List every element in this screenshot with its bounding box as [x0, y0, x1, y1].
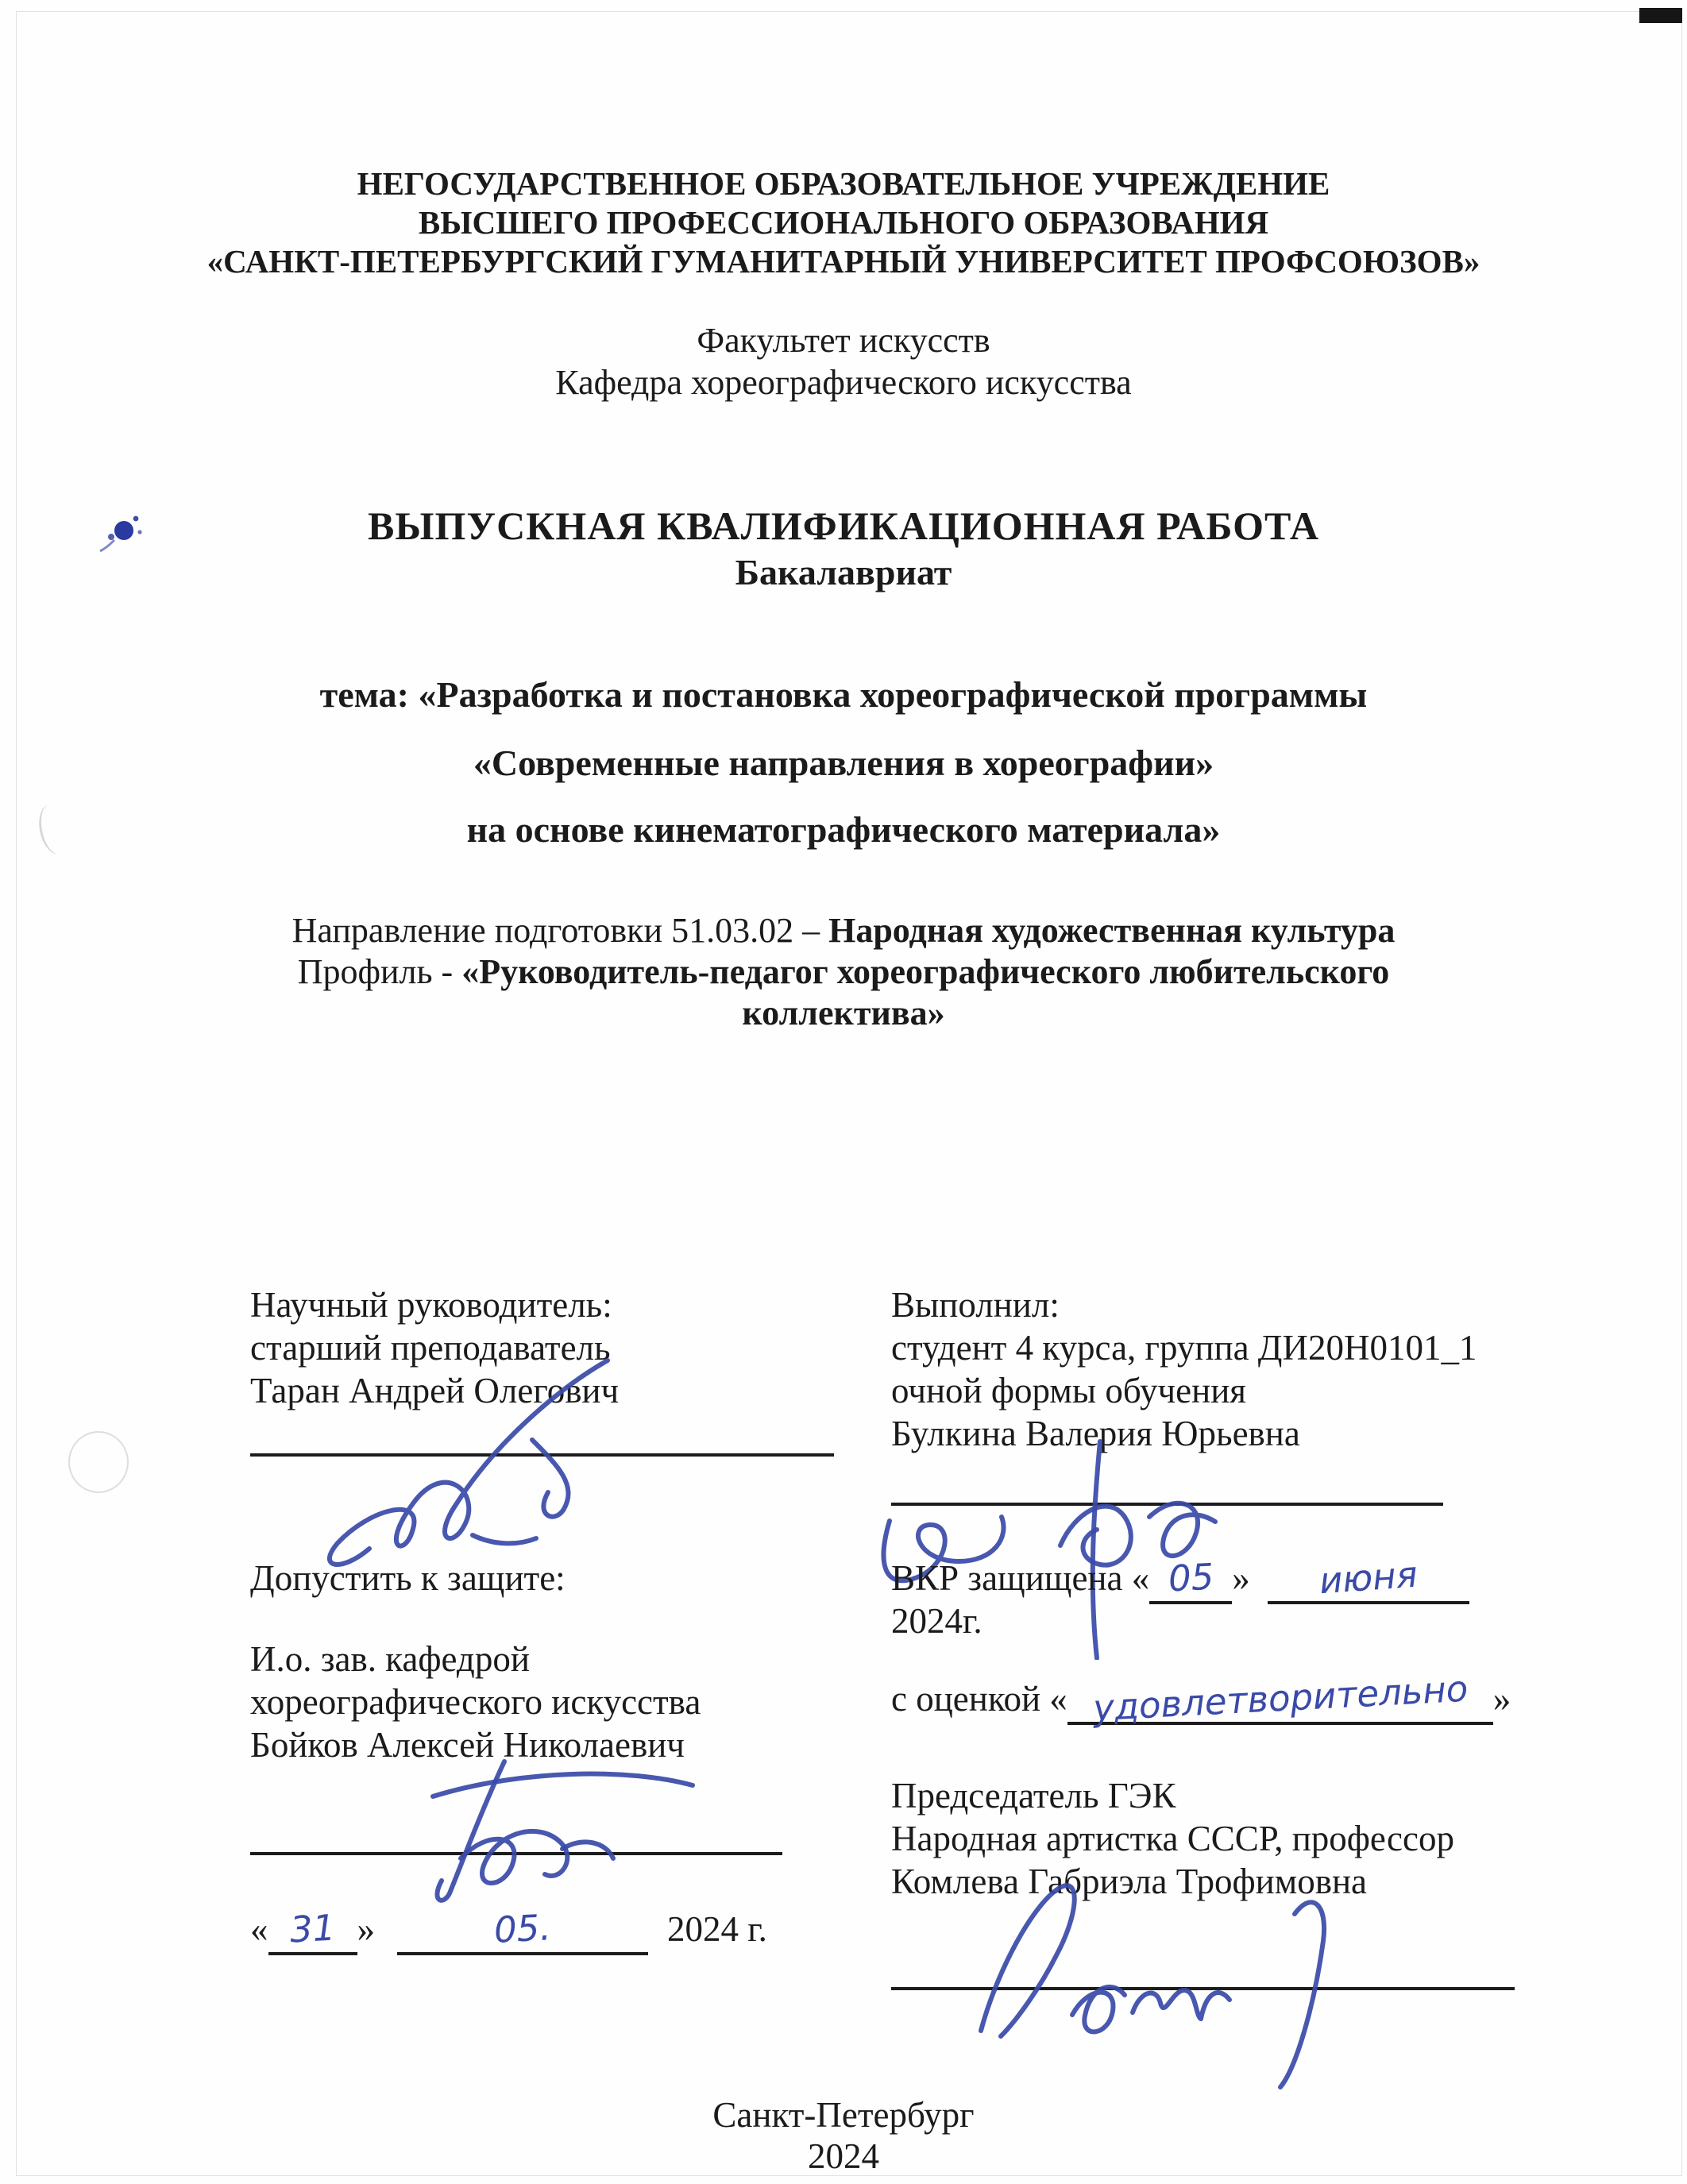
institution-name-line1: НЕГОСУДАРСТВЕННОЕ ОБРАЗОВАТЕЛЬНОЕ УЧРЕЖД… — [0, 164, 1687, 203]
author-heading: Выполнил: — [891, 1283, 1477, 1326]
committee-heading: Председатель ГЭК — [891, 1774, 1454, 1817]
grade-row: с оценкой «удовлетворительно» — [891, 1677, 1511, 1725]
grade-handwritten: удовлетворительно — [1091, 1668, 1469, 1731]
faculty-name: Факультет искусств — [0, 319, 1687, 361]
profile-line: Профиль - «Руководитель-педагог хореогра… — [0, 951, 1687, 992]
admission-date-row: «31» 05. 2024 г. — [250, 1908, 767, 1955]
hole-punch-mark — [68, 1431, 129, 1493]
author-signature-line — [891, 1503, 1443, 1506]
head-position-line1: И.о. зав. кафедрой — [250, 1638, 701, 1680]
committee-title: Народная артистка СССР, профессор — [891, 1817, 1454, 1860]
admission-year: 2024 г. — [667, 1908, 767, 1951]
admission-month-field: 05. — [397, 1908, 648, 1955]
admission-month-handwritten: 05. — [493, 1906, 552, 1952]
author-course-line: студент 4 курса, группа ДИ20Н0101_1 — [891, 1326, 1477, 1369]
committee-name: Комлева Габриэла Трофимовна — [891, 1860, 1454, 1903]
admission-day-field: 31 — [268, 1908, 357, 1955]
work-type-title: ВЫПУСКНАЯ КВАЛИФИКАЦИОННАЯ РАБОТА — [0, 503, 1687, 549]
defense-day-handwritten: 05 — [1167, 1556, 1214, 1601]
footer-year: 2024 — [0, 2135, 1687, 2178]
institution-name-line3: «САНКТ-ПЕТЕРБУРГСКИЙ ГУМАНИТАРНЫЙ УНИВЕР… — [0, 242, 1687, 281]
direction-value: Народная художественная культура — [828, 911, 1395, 950]
scan-artifact-black-bar — [1639, 8, 1682, 23]
department-name: Кафедра хореографического искусства — [0, 361, 1687, 403]
supervisor-name: Таран Андрей Олегович — [250, 1369, 619, 1412]
profile-label: Профиль - — [298, 952, 462, 991]
profile-value-line2: коллектива» — [0, 993, 1687, 1033]
author-block: Выполнил: студент 4 курса, группа ДИ20Н0… — [891, 1283, 1477, 1455]
defense-day-field: 05 — [1149, 1557, 1232, 1604]
thesis-theme-line1: тема: «Разработка и постановка хореограф… — [0, 673, 1687, 716]
head-position-line2: хореографического искусства — [250, 1680, 701, 1723]
grade-field: удовлетворительно — [1067, 1677, 1493, 1725]
supervisor-position: старший преподаватель — [250, 1326, 619, 1369]
committee-signature-line — [891, 1987, 1515, 1990]
defense-month-field: июня — [1268, 1557, 1469, 1604]
thesis-theme-line3: на основе кинематографического материала… — [0, 808, 1687, 851]
footer-city: Санкт-Петербург — [0, 2093, 1687, 2136]
institution-header: НЕГОСУДАРСТВЕННОЕ ОБРАЗОВАТЕЛЬНОЕ УЧРЕЖД… — [0, 164, 1687, 281]
date-quote-open: « — [250, 1908, 268, 1951]
admission-day-handwritten: 31 — [288, 1907, 336, 1952]
grade-close-quote: » — [1493, 1677, 1511, 1720]
supervisor-signature-line — [250, 1453, 834, 1457]
head-signature — [342, 1747, 723, 1906]
defense-date-row: ВКР защищена «05» июня — [891, 1557, 1469, 1604]
thesis-title-page: НЕГОСУДАРСТВЕННОЕ ОБРАЗОВАТЕЛЬНОЕ УЧРЕЖД… — [0, 0, 1687, 2184]
profile-value-line1: «Руководитель-педагог хореографического … — [461, 952, 1389, 991]
admission-heading: Допустить к защите: — [250, 1557, 566, 1599]
defense-infix: » — [1232, 1557, 1250, 1599]
supervisor-block: Научный руководитель: старший преподават… — [250, 1283, 619, 1412]
institution-name-line2: ВЫСШЕГО ПРОФЕССИОНАЛЬНОГО ОБРАЗОВАНИЯ — [0, 203, 1687, 242]
supervisor-heading: Научный руководитель: — [250, 1283, 619, 1326]
head-name: Бойков Алексей Николаевич — [250, 1723, 701, 1766]
date-quote-close: » — [357, 1908, 376, 1951]
committee-block: Председатель ГЭК Народная артистка СССР,… — [891, 1774, 1454, 1903]
author-name: Булкина Валерия Юрьевна — [891, 1412, 1477, 1455]
defense-prefix: ВКР защищена « — [891, 1557, 1149, 1599]
defense-year: 2024г. — [891, 1599, 982, 1642]
grade-prefix: с оценкой « — [891, 1677, 1067, 1720]
direction-label: Направление подготовки 51.03.02 – — [292, 911, 829, 950]
defense-month-handwritten: июня — [1318, 1553, 1419, 1603]
author-form-line: очной формы обучения — [891, 1369, 1477, 1412]
head-signature-line — [250, 1852, 782, 1855]
department-head-block: И.о. зав. кафедрой хореографического иск… — [250, 1638, 701, 1766]
thesis-theme-line2: «Современные направления в хореографии» — [0, 742, 1687, 784]
faculty-department-block: Факультет искусств Кафедра хореографичес… — [0, 319, 1687, 403]
direction-line: Направление подготовки 51.03.02 – Народн… — [0, 910, 1687, 951]
degree-level: Бакалавриат — [0, 551, 1687, 593]
